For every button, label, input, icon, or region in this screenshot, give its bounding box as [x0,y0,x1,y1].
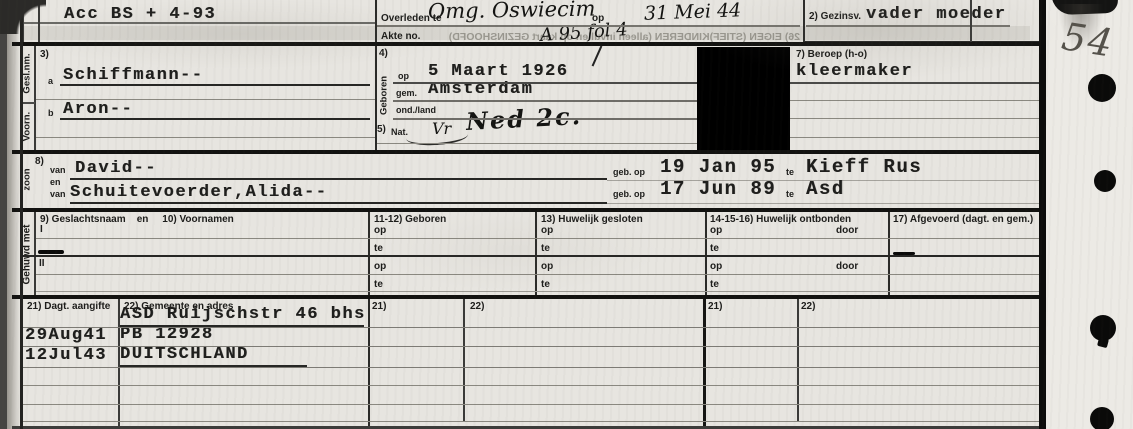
te-cell-label: te [541,279,550,291]
te-cell-label: te [541,243,550,255]
firstname-value: Aron-- [63,100,133,120]
ondland-label: ond./land [396,104,436,116]
mother-birth-value: 17 Jun 89 [660,179,776,199]
address-row-value: ASD Ruijschstr 46 bhs [120,305,366,325]
section3-label: 3) [40,49,49,61]
punch-hole-2 [1094,170,1116,192]
en-label: en [50,176,61,188]
father-place-value: Kieff Rus [806,157,922,177]
gezinsv-label: 2) Gezinsv. [809,11,861,23]
col-22-header: 22) [470,301,484,313]
col-21b-header: 21) [708,301,722,313]
te-label-2: te [786,188,794,200]
op-cell-label: op [541,225,553,237]
father-birth-value: 19 Jan 95 [660,157,776,177]
te-cell-label: te [374,243,383,255]
birth-date-value: 5 Maart 1926 [428,62,568,82]
mother-place-value: Asd [806,179,845,199]
card-margin-strip [1046,0,1133,429]
ontbonden-column-header: 14-15-16) Huwelijk ontbonden [710,214,851,226]
row2-roman-label: II [39,258,45,270]
col-21-header: 21) [372,301,386,313]
punch-hole-4 [1090,407,1114,429]
scanner-edge [0,0,7,429]
te-cell-label: te [710,279,719,291]
voorn-vertical-label: Voorn. [22,107,33,147]
geboren-op-label: op [398,70,409,82]
op-cell-label: op [710,261,722,273]
gezinsv-value: vader moeder [866,5,1006,25]
op-cell-label: op [541,261,553,273]
typed-dash-mark [38,250,64,254]
van-label-2: van [50,188,66,200]
sub-b-label: b [48,107,54,119]
father-name-value: David-- [75,159,157,179]
beroep-label: 7) Beroep (h-o) [796,49,867,61]
afgevoerd-column-header: 17) Afgevoerd (dagt. en gem.) [893,214,1033,226]
section8-label: 8) [35,156,44,168]
geb-op-label-2: geb. op [613,188,645,200]
col-22b-header: 22) [801,301,815,313]
geb-op-label-1: geb. op [613,166,645,178]
op-cell-label: op [710,225,722,237]
van-label-1: van [50,164,66,176]
geslnm-vertical-label: Gesl.nm. [22,50,33,98]
punch-hole-1 [1088,74,1116,102]
card-left-border [20,5,23,429]
stray-pen-mark [592,46,603,67]
op-cell-label: op [374,225,386,237]
ink-dash-mark [893,252,915,255]
section5-label: 5) [377,124,386,136]
registration-date-value: 29Aug41 [25,326,107,346]
surname-value: Schiffmann-- [63,66,203,86]
paper-edge-shadow [7,0,20,429]
address-row-value: PB 12928 [120,325,214,345]
gem-label: gem. [396,87,417,99]
address-row-value: DUITSCHLAND [120,345,249,365]
occupation-value: kleermaker [796,62,913,82]
rounded-corner-shadow [0,0,46,34]
death-date-handwritten: 31 Mei 44 [644,0,742,23]
registry-card-scan: Acc BS + 4-93 Overleden te Omg. Oswiecim… [0,0,1133,429]
op-cell-label: op [374,261,386,273]
te-label-1: te [786,166,794,178]
geboren-vertical-label: Geboren [379,72,390,120]
door-cell-label: door [836,225,858,237]
door-cell-label: door [836,261,858,273]
redaction-block [697,47,790,154]
mother-name-value: Schuitevoerder,Alida-- [70,183,327,203]
section4-label: 4) [379,48,388,60]
te-cell-label: te [374,279,383,291]
registration-date-value: 12Jul43 [25,346,107,366]
row1-roman-label: I [40,224,43,236]
dagt-aangifte-header: 21) Dagt. aangifte [27,301,110,313]
gesloten-column-header: 13) Huwelijk gesloten [541,214,643,226]
card-right-border [1039,0,1046,429]
name-column-header: 9) Geslachtsnaam en 10) Voornamen [40,214,234,226]
sub-a-label: a [48,75,53,87]
overleden-place-handwritten: Omg. Oswiecim [428,0,596,21]
te-cell-label: te [710,243,719,255]
zoon-vertical-label: zoon [22,165,33,195]
page-number-handwritten: 54 [1059,14,1118,66]
